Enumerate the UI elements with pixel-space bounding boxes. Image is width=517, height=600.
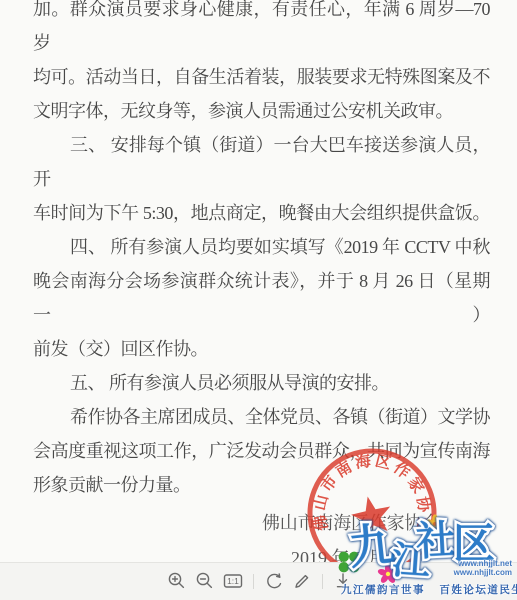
- rotate-icon: [264, 571, 284, 591]
- zoom-in-icon: [167, 571, 187, 591]
- document-text-line: 均可。活动当日，自备生活着装，服装要求无特殊图案及不: [33, 60, 490, 94]
- actual-size-button[interactable]: 1:1: [222, 570, 244, 592]
- zoom-out-icon: [195, 571, 215, 591]
- document-text-line: 车时间为下午 5:30，地点商定，晚餐由大会组织提供盒饭。: [33, 196, 490, 230]
- toolbar-divider: [322, 574, 323, 589]
- document-text-line: 五、 所有参演人员必须服从导演的安排。: [33, 366, 490, 400]
- zoom-in-button[interactable]: [166, 570, 188, 592]
- one-to-one-label: 1:1: [227, 576, 239, 586]
- toolbar-buttons: 1:1: [166, 570, 354, 592]
- edit-pencil-icon: [292, 571, 312, 591]
- viewer-toolbar: 1:1: [0, 562, 517, 600]
- seal-star-icon: [348, 492, 395, 537]
- document-text-line: 晚会南海分会场参演群众统计表》，并于 8 月 26 日（星期一）: [33, 264, 490, 332]
- watermark-char: 区: [453, 523, 495, 565]
- toolbar-divider: [253, 574, 254, 589]
- zoom-out-button[interactable]: [194, 570, 216, 592]
- document-text-line: 四、 所有参演人员均要如实填写《2019 年 CCTV 中秋: [33, 230, 490, 264]
- document-text-line: 前发（交）回区作协。: [33, 332, 490, 366]
- document-body-text: 加。群众演员要求身心健康，有责任心，年满 6 周岁—70 岁 均可。活动当日，自…: [33, 0, 490, 502]
- rotate-button[interactable]: [263, 570, 285, 592]
- document-text-line: 希作协各主席团成员、全体党员、各镇（街道）文学协: [33, 400, 490, 434]
- document-text-line: 文明字体，无纹身等，参演人员需通过公安机关政审。: [33, 94, 490, 128]
- actual-size-icon: 1:1: [222, 571, 244, 591]
- document-text-line: 加。群众演员要求身心健康，有责任心，年满 6 周岁—70 岁: [33, 0, 490, 60]
- viewer-window: 加。群众演员要求身心健康，有责任心，年满 6 周岁—70 岁 均可。活动当日，自…: [0, 0, 517, 600]
- edit-button[interactable]: [291, 570, 313, 592]
- download-button[interactable]: [332, 570, 354, 592]
- document-text-line: 三、 安排每个镇（街道）一台大巴车接送参演人员，开: [33, 128, 490, 196]
- download-icon: [333, 571, 353, 591]
